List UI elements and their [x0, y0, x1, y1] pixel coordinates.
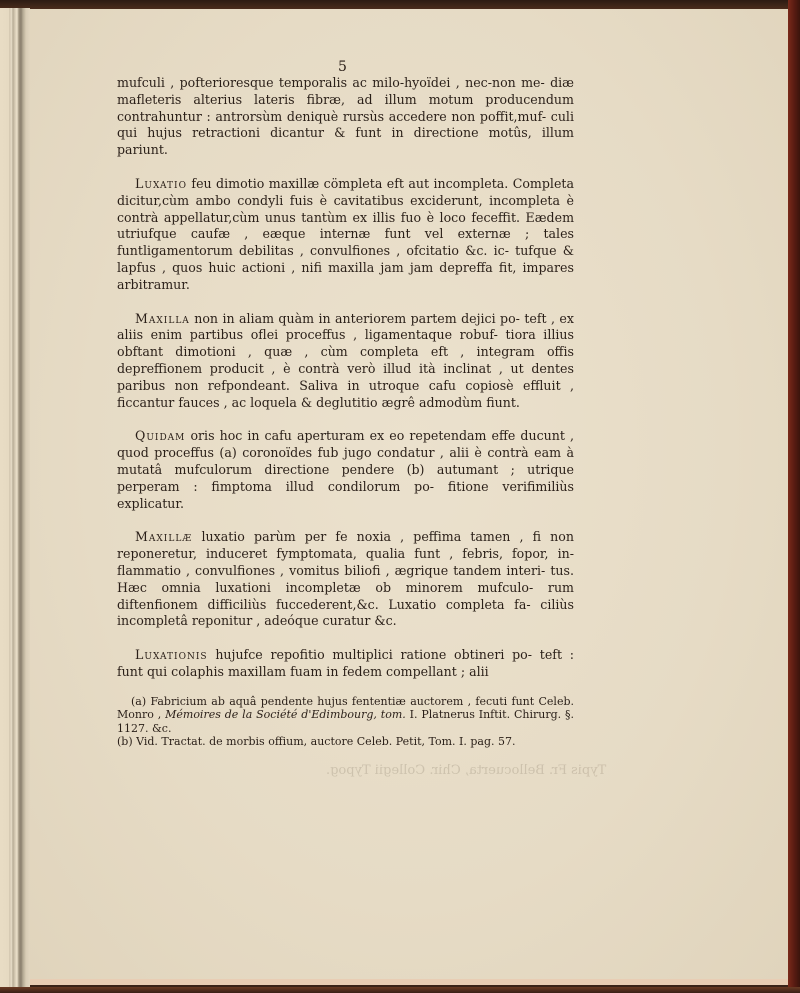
paragraph-lead-word: Quidam [135, 428, 185, 443]
footnote-marker-a: (a) [131, 695, 146, 708]
scanned-page-image: 5 Typis Fr. Bellocuerta, Chir. Collegii … [0, 0, 800, 993]
footnote-b: (b) Vid. Tractat. de morbis offium, auct… [117, 735, 574, 749]
footnote-marker-b: (b) [117, 735, 133, 748]
paragraph-luxationis: Luxationis hujufce repofitio multiplici … [117, 647, 574, 681]
paragraph-maxilla: Maxilla non in aliam quàm in anteriorem … [117, 311, 574, 412]
binding-right-edge [788, 0, 800, 993]
paragraph-lead-word: Maxilla [135, 311, 190, 326]
show-through-text: Typis Fr. Bellocuerta, Chir. Collegii Ty… [326, 763, 606, 778]
page-gutter [0, 8, 30, 988]
paragraph-lead-word: Luxatio [135, 176, 187, 191]
footnote-a: (a) Fabricium ab aquâ pendente hujus fen… [117, 695, 574, 736]
paragraph-luxatio: Luxatio feu dimotio maxillæ cömpleta eft… [117, 176, 574, 294]
paragraph-continuation: mufculi , pofterioresque temporalis ac m… [117, 75, 574, 159]
paragraph-maxillae: Maxillæ luxatio parùm per fe noxia , pef… [117, 529, 574, 630]
binding-bottom-edge [0, 987, 800, 993]
page-bottom-edge [30, 979, 788, 985]
paragraph-lead-word: Maxillæ [135, 529, 192, 544]
paragraph-quidam: Quidam oris hoc in cafu aperturam ex eo … [117, 428, 574, 512]
cited-work-title: Mémoires de la Société d'Edimbourg, tom. [165, 708, 406, 721]
body-text: mufculi , pofterioresque temporalis ac m… [117, 75, 574, 749]
book-page: 5 Typis Fr. Bellocuerta, Chir. Collegii … [30, 9, 788, 985]
paragraph-lead-word: Luxationis [135, 647, 208, 662]
footnotes: (a) Fabricium ab aquâ pendente hujus fen… [117, 695, 574, 749]
binding-top-edge [0, 0, 800, 9]
page-number: 5 [338, 59, 347, 75]
